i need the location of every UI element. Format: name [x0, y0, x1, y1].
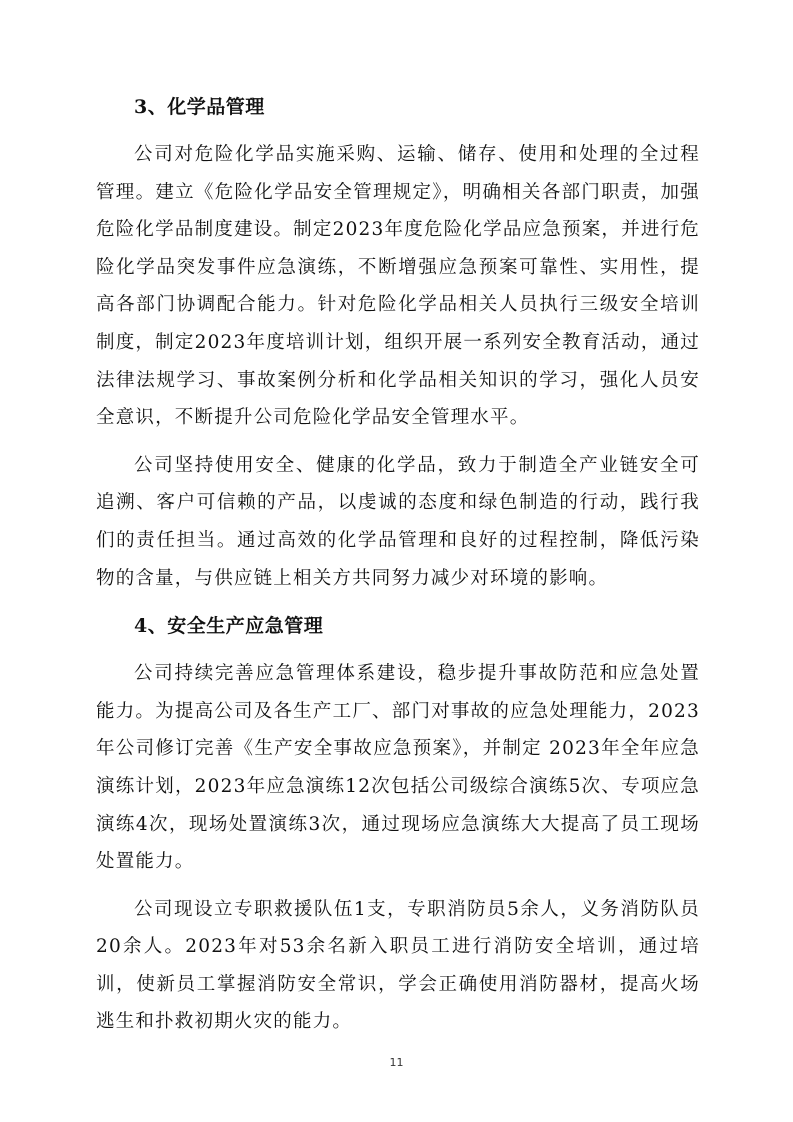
section-heading-chemical-management: 3、化学品管理	[96, 88, 700, 126]
paragraph-chemical-management-process: 公司对危险化学品实施采购、运输、储存、使用和处理的全过程管理。建立《危险化学品安…	[96, 136, 700, 437]
paragraph-fire-rescue-team: 公司现设立专职救援队伍1支，专职消防员5余人，义务消防队员20余人。2023年对…	[96, 891, 700, 1041]
paragraph-emergency-drills: 公司持续完善应急管理体系建设，稳步提升事故防范和应急处置能力。为提高公司及各生产…	[96, 655, 700, 881]
section-heading-emergency-management: 4、安全生产应急管理	[96, 607, 700, 645]
document-page: 3、化学品管理 公司对危险化学品实施采购、运输、储存、使用和处理的全过程管理。建…	[0, 0, 793, 1122]
page-number: 11	[0, 1056, 793, 1069]
page-content: 3、化学品管理 公司对危险化学品实施采购、运输、储存、使用和处理的全过程管理。建…	[96, 88, 700, 1051]
paragraph-chemical-safety-commitment: 公司坚持使用安全、健康的化学品，致力于制造全产业链安全可追溯、客户可信赖的产品，…	[96, 447, 700, 597]
